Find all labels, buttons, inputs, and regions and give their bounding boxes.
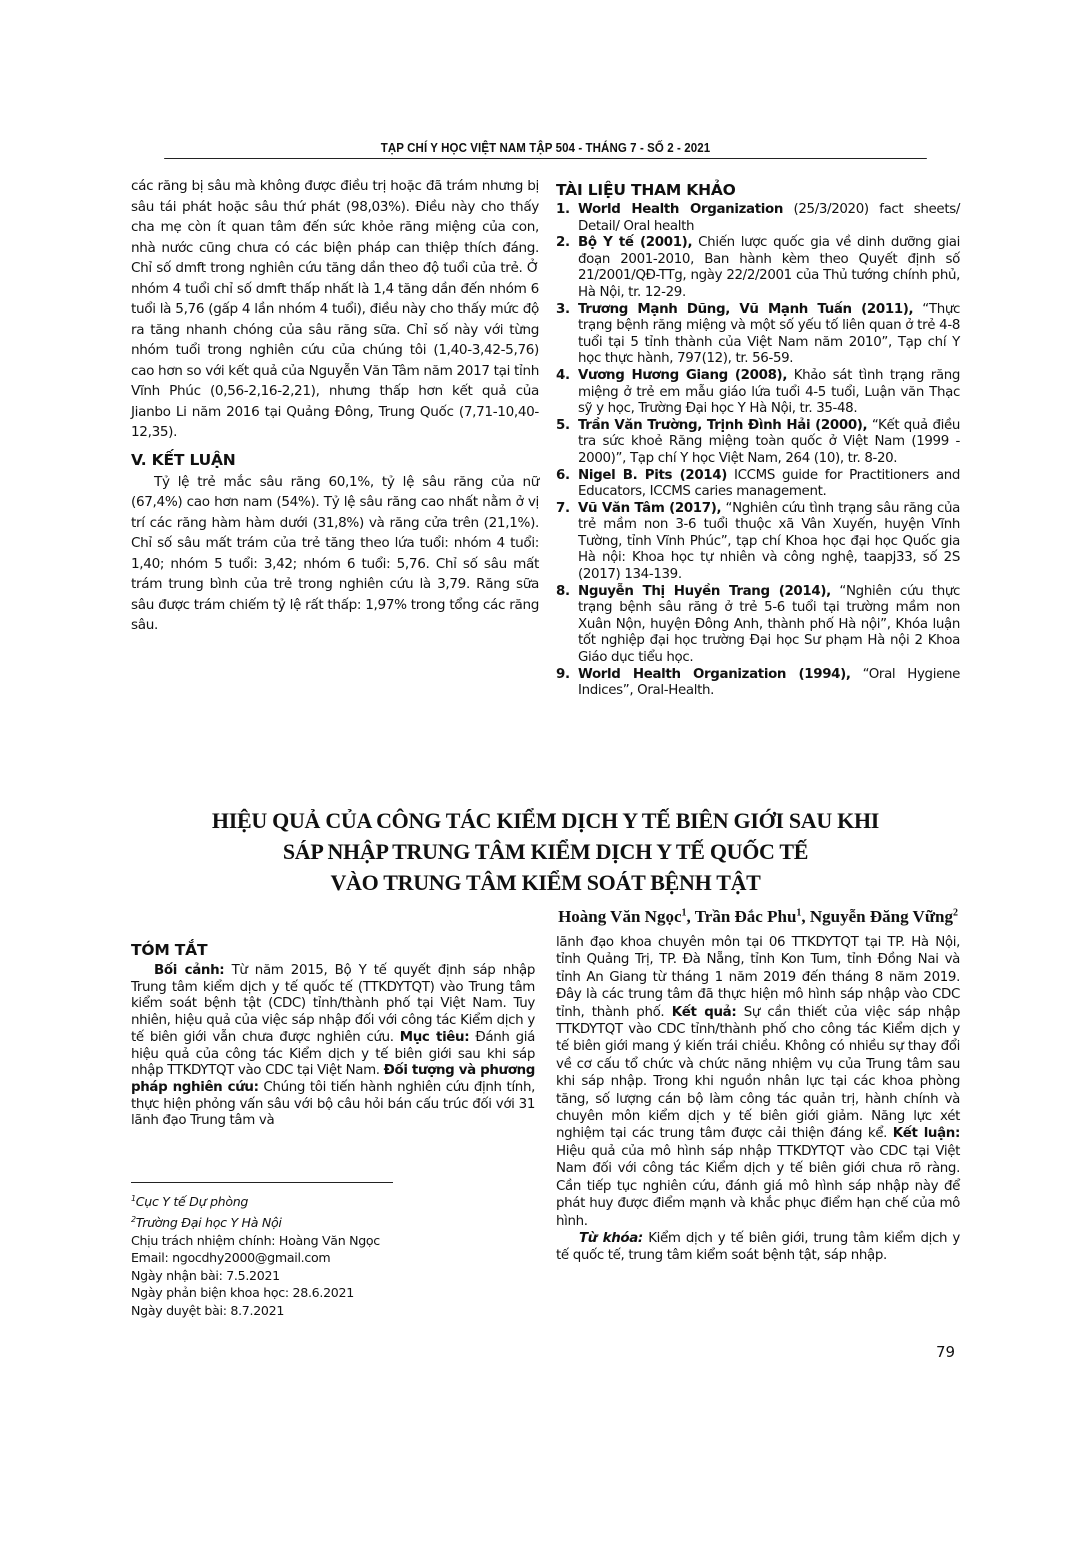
reference-authors: Bộ Y tế (2001), [578, 235, 692, 250]
abstract-paragraph: Bối cảnh: Từ năm 2015, Bộ Y tế quyết địn… [131, 963, 535, 1130]
reference-item: 2.Bộ Y tế (2001), Chiến lược quốc gia về… [556, 235, 960, 301]
discussion-paragraph: các răng bị sâu mà không được điều trị h… [131, 176, 539, 443]
reference-number: 6. [556, 468, 578, 501]
accepted-date: Ngày duyệt bài: 8.7.2021 [131, 1302, 531, 1320]
reference-item: 9.World Health Organization (1994), “Ora… [556, 667, 960, 700]
keywords: Từ khóa: Kiểm dịch y tế biên giới, trung… [556, 1230, 960, 1265]
reference-text: Trần Văn Trường, Trịnh Đình Hải (2000), … [578, 418, 960, 468]
reference-item: 5.Trần Văn Trường, Trịnh Đình Hải (2000)… [556, 418, 960, 468]
reference-authors: Trương Mạnh Dũng, Vũ Mạnh Tuấn (2011), [578, 302, 913, 317]
results-label: Kết quả: [672, 1005, 737, 1020]
reference-number: 9. [556, 667, 578, 700]
reference-text: Bộ Y tế (2001), Chiến lược quốc gia về d… [578, 235, 960, 301]
author-list: Hoàng Văn Ngọc1, Trần Đắc Phu1, Nguyễn Đ… [558, 907, 958, 927]
reference-item: 3.Trương Mạnh Dũng, Vũ Mạnh Tuấn (2011),… [556, 302, 960, 368]
objective-label: Mục tiêu: [400, 1030, 469, 1045]
affiliation-2: 2Trường Đại học Y Hà Nội [131, 1211, 531, 1232]
affiliation-text: Trường Đại học Y Hà Nội [136, 1215, 282, 1230]
footnote-divider [131, 1182, 393, 1183]
abstract-conclusion-text: Hiệu quả của mô hình sáp nhập TTKDYTQT v… [556, 1144, 960, 1229]
left-column-top: các răng bị sâu mà không được điều trị h… [131, 176, 539, 636]
reference-item: 8.Nguyễn Thị Huyền Trang (2014), “Nghiên… [556, 584, 960, 667]
reference-text: World Health Organization (1994), “Oral … [578, 667, 960, 700]
reference-number: 7. [556, 501, 578, 584]
conclusion-paragraph: Tỷ lệ trẻ mắc sâu răng 60,1%, tỷ lệ sâu … [131, 472, 539, 636]
author-separator: , [801, 907, 810, 926]
reference-number: 2. [556, 235, 578, 301]
reference-number: 8. [556, 584, 578, 667]
reference-authors: Vũ Văn Tâm (2017), [578, 501, 721, 516]
reference-text: Trương Mạnh Dũng, Vũ Mạnh Tuấn (2011), “… [578, 302, 960, 368]
references-title: TÀI LIỆU THAM KHẢO [556, 180, 960, 201]
background-label: Bối cảnh: [154, 963, 224, 978]
reference-text: Vũ Văn Tâm (2017), “Nghiên cứu tình trạn… [578, 501, 960, 584]
reference-item: 4.Vương Hương Giang (2008), Khảo sát tìn… [556, 368, 960, 418]
reference-text: Vương Hương Giang (2008), Khảo sát tình … [578, 368, 960, 418]
reference-item: 1.World Health Organization (25/3/2020) … [556, 202, 960, 235]
review-date: Ngày phản biện khoa học: 28.6.2021 [131, 1284, 531, 1302]
reference-number: 5. [556, 418, 578, 468]
reference-authors: Nigel B. Pits (2014) [578, 468, 727, 483]
author-name: Hoàng Văn Ngọc [558, 907, 681, 926]
article-title-line: VÀO TRUNG TÂM KIỂM SOÁT BỆNH TẬT [131, 867, 960, 898]
conclusion-title: V. KẾT LUẬN [131, 450, 539, 471]
affiliation-1: 1Cục Y tế Dự phòng [131, 1190, 531, 1211]
reference-number: 4. [556, 368, 578, 418]
article-title-line: SÁP NHẬP TRUNG TÂM KIỂM DỊCH Y TẾ QUỐC T… [131, 836, 960, 867]
footnotes: 1Cục Y tế Dự phòng 2Trường Đại học Y Hà … [131, 1190, 531, 1320]
reference-authors: World Health Organization [578, 202, 783, 217]
page-number: 79 [936, 1343, 955, 1361]
abstract-conclusion-label: Kết luận: [893, 1126, 960, 1141]
results-text: Sự cần thiết của việc sáp nhập TTKDYTQT … [556, 1005, 960, 1142]
author-name: Nguyễn Đăng Vững [810, 907, 953, 926]
reference-item: 6.Nigel B. Pits (2014) ICCMS guide for P… [556, 468, 960, 501]
article-title-line: HIỆU QUẢ CỦA CÔNG TÁC KIỂM DỊCH Y TẾ BIÊ… [131, 805, 960, 836]
author-name: Trần Đắc Phu [695, 907, 797, 926]
article-title: HIỆU QUẢ CỦA CÔNG TÁC KIỂM DỊCH Y TẾ BIÊ… [131, 805, 960, 898]
author-affiliation-mark: 2 [953, 907, 958, 918]
corresponding-author: Chịu trách nhiệm chính: Hoàng Văn Ngọc [131, 1232, 531, 1250]
abstract-paragraph-continued: lãnh đạo khoa chuyên môn tại 06 TTKDYTQT… [556, 934, 960, 1230]
running-header: TẠP CHÍ Y HỌC VIỆT NAM TẬP 504 - THÁNG 7… [164, 141, 927, 159]
email: Email: ngocdhy2000@gmail.com [131, 1249, 531, 1267]
affiliation-text: Cục Y tế Dự phòng [136, 1194, 248, 1209]
abstract-title: TÓM TẮT [131, 940, 535, 961]
reference-item: 7.Vũ Văn Tâm (2017), “Nghiên cứu tình tr… [556, 501, 960, 584]
reference-authors: Nguyễn Thị Huyền Trang (2014), [578, 584, 831, 599]
keywords-label: Từ khóa: [579, 1231, 643, 1246]
reference-text: Nguyễn Thị Huyền Trang (2014), “Nghiên c… [578, 584, 960, 667]
references-section: TÀI LIỆU THAM KHẢO 1.World Health Organi… [556, 180, 960, 700]
reference-text: Nigel B. Pits (2014) ICCMS guide for Pra… [578, 468, 960, 501]
reference-authors: Trần Văn Trường, Trịnh Đình Hải (2000), [578, 418, 867, 433]
reference-text: World Health Organization (25/3/2020) fa… [578, 202, 960, 235]
author-separator: , [687, 907, 695, 926]
reference-number: 1. [556, 202, 578, 235]
reference-number: 3. [556, 302, 578, 368]
reference-authors: Vương Hương Giang (2008), [578, 368, 787, 383]
abstract-left: TÓM TẮT Bối cảnh: Từ năm 2015, Bộ Y tế q… [131, 940, 535, 1130]
received-date: Ngày nhận bài: 7.5.2021 [131, 1267, 531, 1285]
references-list: 1.World Health Organization (25/3/2020) … [556, 202, 960, 700]
reference-authors: World Health Organization (1994), [578, 667, 851, 682]
abstract-right: lãnh đạo khoa chuyên môn tại 06 TTKDYTQT… [556, 934, 960, 1265]
